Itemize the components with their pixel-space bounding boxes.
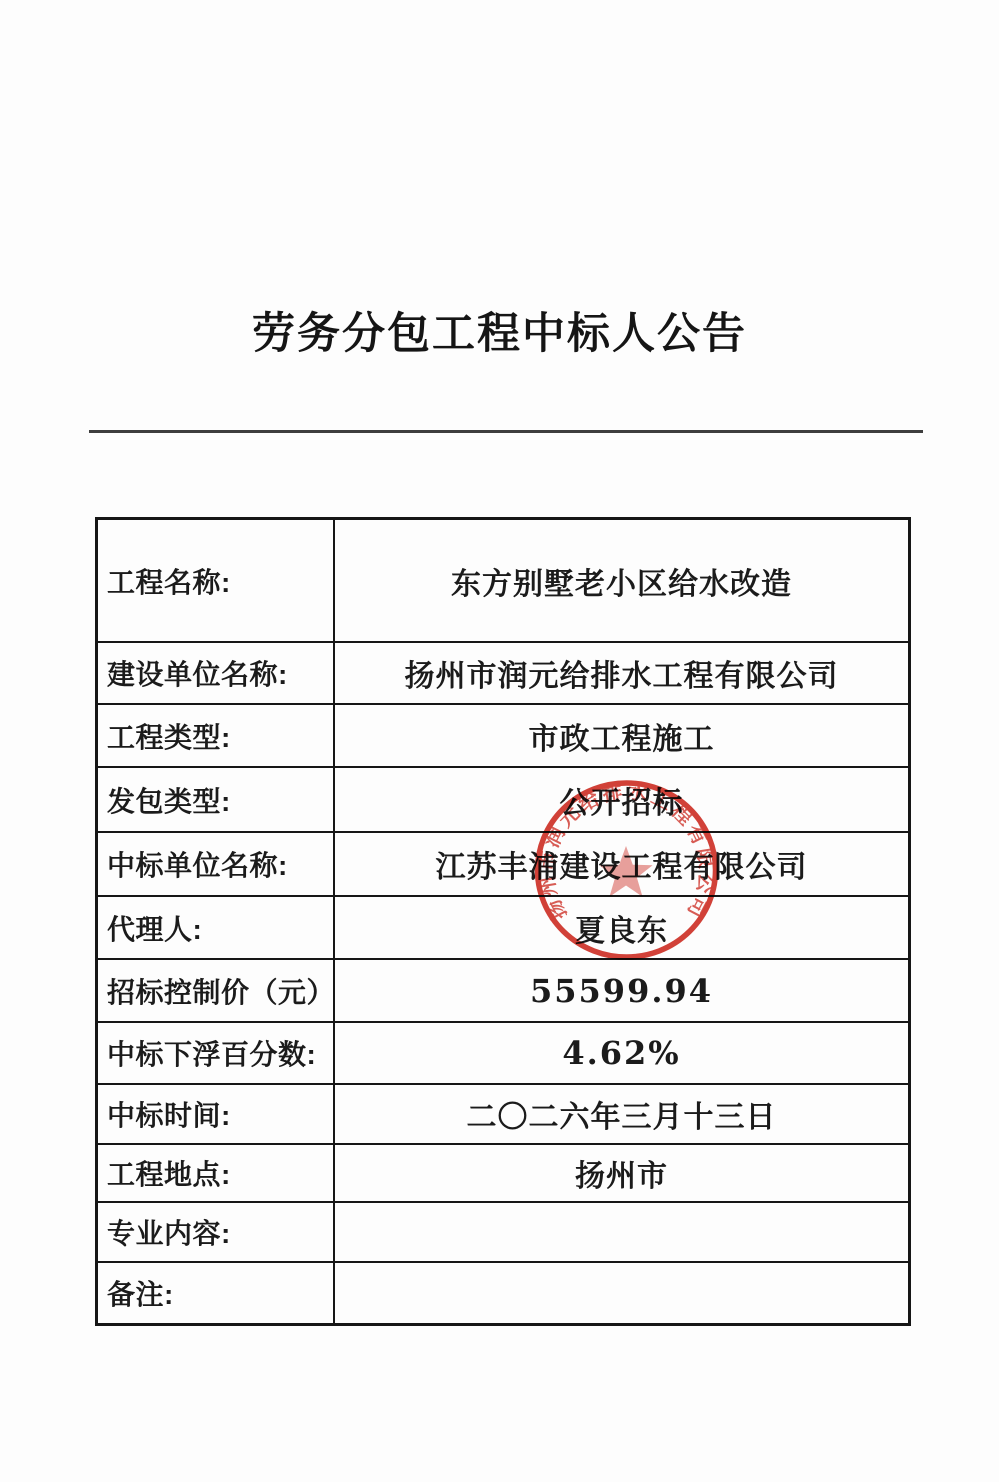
row-label: 备注: (98, 1263, 335, 1323)
row-label: 发包类型: (98, 768, 335, 831)
document-page: 劳务分包工程中标人公告 工程名称:东方别墅老小区给水改造建设单位名称:扬州市润元… (0, 0, 999, 1482)
table-row: 中标时间:二〇二六年三月十三日 (98, 1083, 908, 1143)
row-label: 中标时间: (98, 1085, 335, 1143)
announcement-table: 工程名称:东方别墅老小区给水改造建设单位名称:扬州市润元给排水工程有限公司工程类… (95, 517, 911, 1326)
table-row: 中标下浮百分数:4.62% (98, 1021, 908, 1083)
table-row: 备注: (98, 1261, 908, 1323)
row-value: 55599.94 (335, 960, 908, 1021)
row-value: 扬州市 (335, 1145, 908, 1201)
table-row: 招标控制价（元）55599.94 (98, 958, 908, 1021)
row-label: 工程类型: (98, 705, 335, 766)
table-row: 工程名称:东方别墅老小区给水改造 (98, 520, 908, 641)
row-value: 二〇二六年三月十三日 (335, 1085, 908, 1143)
row-label: 中标下浮百分数: (98, 1023, 335, 1083)
red-seal-stamp: 扬州市润元给排水工程有限公司 (531, 779, 722, 965)
document-title: 劳务分包工程中标人公告 (0, 300, 999, 361)
table-row: 中标单位名称:江苏丰浦建设工程有限公司 (98, 831, 908, 895)
row-label: 工程地点: (98, 1145, 335, 1201)
table-row: 代理人:夏良东 (98, 895, 908, 958)
table-row: 建设单位名称:扬州市润元给排水工程有限公司 (98, 641, 908, 703)
row-label: 代理人: (98, 897, 335, 958)
title-divider-line (89, 430, 923, 433)
row-value: 4.62% (335, 1023, 908, 1083)
row-label: 专业内容: (98, 1203, 335, 1261)
row-value: 扬州市润元给排水工程有限公司 (335, 643, 908, 703)
row-label: 工程名称: (98, 520, 335, 641)
row-value (335, 1263, 908, 1323)
table-row: 发包类型:公开招标 (98, 766, 908, 831)
row-label: 中标单位名称: (98, 833, 335, 895)
row-value: 东方别墅老小区给水改造 (335, 520, 908, 641)
row-value (335, 1203, 908, 1261)
table-row: 工程地点:扬州市 (98, 1143, 908, 1201)
table-row: 工程类型:市政工程施工 (98, 703, 908, 766)
row-label: 建设单位名称: (98, 643, 335, 703)
row-label: 招标控制价（元） (98, 960, 335, 1021)
table-row: 专业内容: (98, 1201, 908, 1261)
row-value: 市政工程施工 (335, 705, 908, 766)
stamp-star-icon (599, 846, 652, 897)
